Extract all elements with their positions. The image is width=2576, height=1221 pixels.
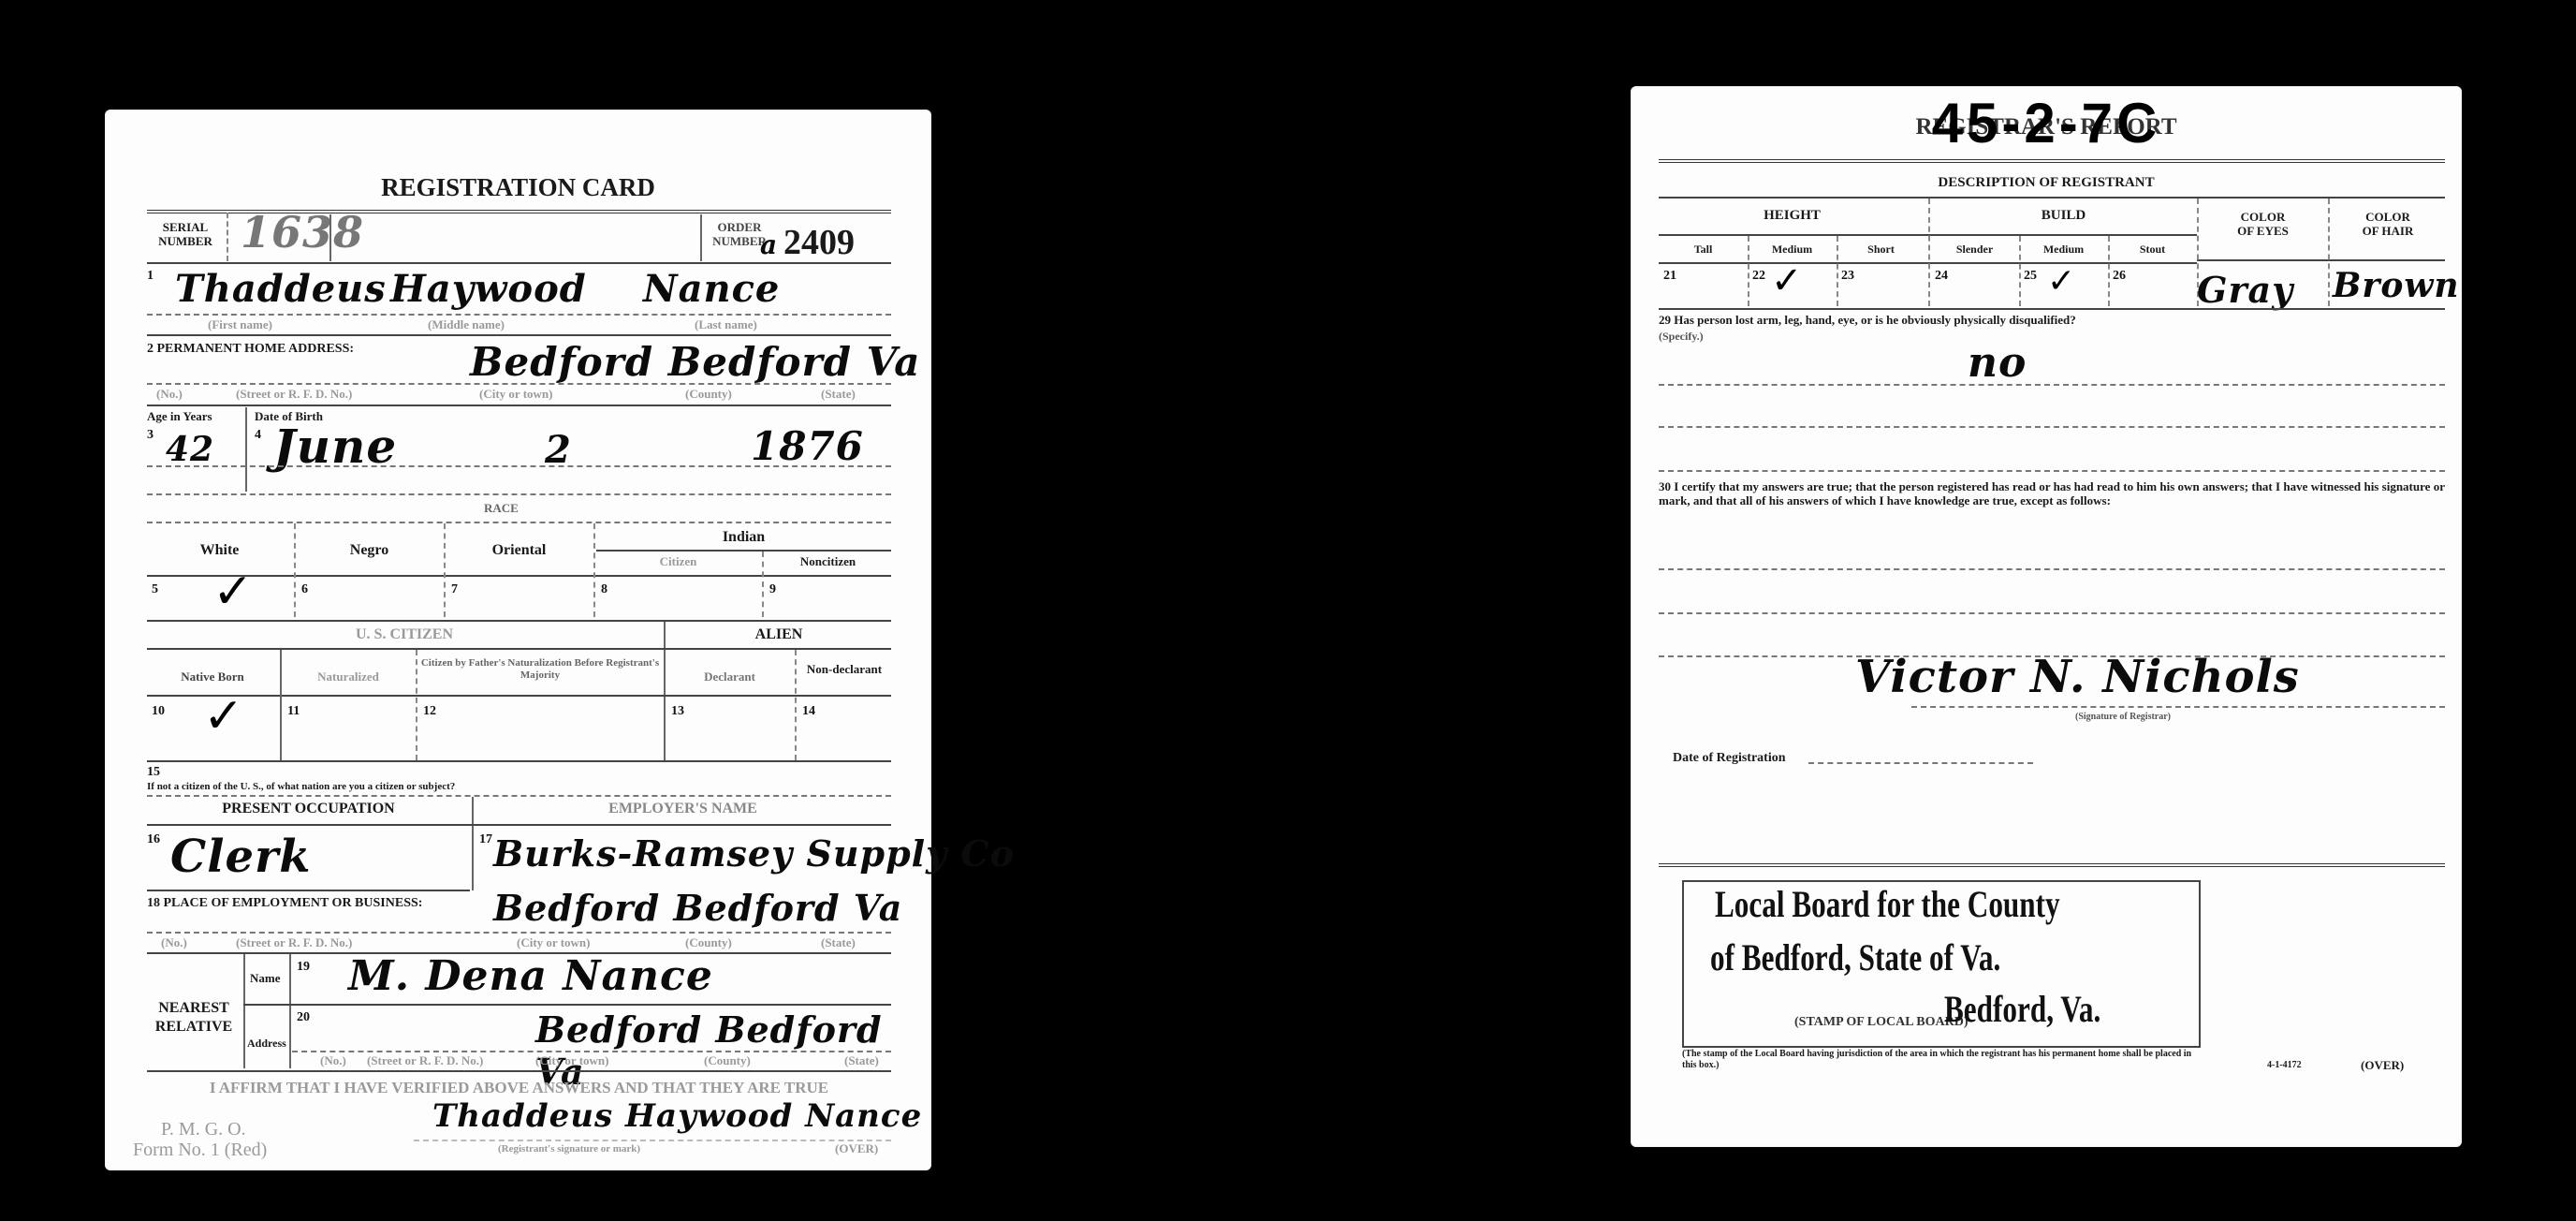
build-slender-number: 24 [1935,269,1948,284]
order-prefix: a [760,229,778,260]
registrar-signature: Victor N. Nichols [1855,651,2300,703]
stamp-number: 45-2-7C [1631,91,2462,155]
q29-label: 29 Has person lost arm, leg, hand, eye, … [1659,313,2445,328]
divider [292,1051,891,1052]
divider [472,797,474,890]
q29-specify-label: (Specify.) [1659,330,1704,344]
employment-label-state: (State) [821,935,856,950]
divider [2197,259,2445,261]
divider [147,760,891,762]
employment-label-street: (Street or R. F. D. No.) [236,935,352,950]
divider [1659,159,2445,163]
relative-address-label: Address [247,1037,286,1051]
occupation-value: Clerk [170,831,312,883]
home-address-label: 2 PERMANENT HOME ADDRESS: [147,342,354,357]
divider [280,650,282,760]
card-title: REGISTRATION CARD [105,173,931,202]
declarant-label: Declarant [666,669,793,684]
last-name-label: (Last name) [695,317,757,332]
registrant-signature: Thaddeus Haywood Nance [432,1097,922,1135]
height-medium-checkmark: ✓ [1771,259,1803,302]
front-over-label: (OVER) [835,1141,878,1156]
citizen-by-father-label: Citizen by Father's Naturalization Befor… [418,657,662,682]
place-of-employment-label: 18 PLACE OF EMPLOYMENT OR BUSINESS: [147,896,422,911]
build-medium-checkmark: ✓ [2047,262,2075,301]
divider [2108,236,2110,306]
registration-card-front: REGISTRATION CARD SERIAL NUMBER 1638 ORD… [105,110,931,1170]
dob-year-value: 1876 [751,423,864,469]
employer-value: Burks-Ramsey Supply Co [493,832,1015,875]
nearest-relative-line2: RELATIVE [147,1018,241,1037]
divider [444,523,446,617]
divider [1928,199,1930,306]
address-label-no: (No.) [156,387,183,402]
height-short-label: Short [1837,243,1925,257]
native-born-label: Native Born [147,669,278,684]
height-short-number: 23 [1841,269,1854,284]
local-board-stamp-line3: Bedford, Va. [1944,987,2100,1031]
first-name-value: Thaddeus [175,267,387,311]
employer-heading: EMPLOYER'S NAME [475,801,891,817]
registrar-signature-label: (Signature of Registrar) [2075,712,2171,722]
serial-label-line2: NUMBER [147,234,224,248]
relative-address-number: 20 [297,1010,310,1025]
form-number: Form No. 1 (Red) [133,1140,267,1161]
divider [700,214,702,261]
divider [147,465,891,467]
native-born-number: 10 [152,704,165,719]
divider [147,620,891,622]
declarant-number: 13 [671,704,684,719]
last-name-value: Nance [643,267,780,311]
eyes-heading-line1: COLOR [2200,210,2326,224]
divider [147,932,891,934]
serial-number-value: 1638 [241,207,364,257]
relative-name-value: M. Dena Nance [348,952,713,1000]
divider [147,695,891,697]
order-number-value: 2409 [783,222,855,263]
employment-label-county: (County) [685,935,732,950]
date-of-registration-label: Date of Registration [1673,751,1786,766]
divider [147,648,891,650]
divider [147,1070,891,1072]
description-heading: DESCRIPTION OF REGISTRANT [1631,175,2462,191]
hair-heading: COLOR OF HAIR [2331,210,2445,238]
address-label-city: (City or town) [479,387,552,402]
q15-label: If not a citizen of the U. S., of what n… [147,781,455,792]
height-medium-number: 22 [1752,269,1765,284]
divider [1659,426,2445,428]
divider [147,824,891,826]
relative-name-label: Name [250,971,281,986]
place-of-employment-value: Bedford Bedford Va [493,887,902,929]
divider [147,493,891,495]
divider [1837,236,1838,306]
address-label-county: (County) [685,387,732,402]
occupation-heading: PRESENT OCCUPATION [147,801,470,817]
relative-label-city: (City or town) [535,1053,608,1068]
citizen-by-father-number: 12 [423,704,436,719]
home-address-value: Bedford Bedford Va [470,339,921,385]
age-value: 42 [166,430,214,469]
non-declarant-label: Non-declarant [798,662,891,676]
divider [1659,863,2445,867]
naturalized-label: Naturalized [283,669,414,684]
divider [1659,197,2445,199]
height-heading: HEIGHT [1659,208,1925,224]
build-stout-number: 26 [2113,269,2126,284]
q3-number: 3 [147,428,154,443]
divider [289,954,291,1068]
naturalized-number: 11 [287,704,300,719]
divider [147,522,891,523]
race-indian-label: Indian [596,529,891,546]
q15-number: 15 [147,765,160,780]
build-heading: BUILD [1930,208,2197,224]
hair-heading-line1: COLOR [2331,210,2445,224]
address-label-street: (Street or R. F. D. No.) [236,387,352,402]
registrant-signature-label: (Registrant's signature or mark) [498,1143,640,1155]
race-heading: RACE [484,501,519,516]
middle-name-value: Haywood [390,267,587,311]
serial-label: SERIAL NUMBER [147,220,224,248]
divider [147,890,470,891]
build-stout-label: Stout [2108,243,2197,257]
divider [593,523,595,617]
q30-certification-text: 30 I certify that my answers are true; t… [1659,479,2445,508]
stamp-footnote: (The stamp of the Local Board having jur… [1682,1049,2206,1071]
divider [762,552,764,617]
nearest-relative-line1: NEAREST [147,999,241,1018]
race-white-checkmark: ✓ [212,564,254,620]
divider [1748,236,1749,306]
non-declarant-number: 14 [802,704,815,719]
race-negro-number: 6 [301,582,308,597]
divider [1659,612,2445,614]
race-white-label: White [147,542,292,559]
divider [1659,568,2445,570]
address-label-state: (State) [821,387,856,402]
divider [147,262,891,264]
employment-label-city: (City or town) [517,935,590,950]
height-tall-label: Tall [1659,243,1748,257]
us-citizen-heading: U. S. CITIZEN [147,626,662,643]
eyes-heading-line2: OF EYES [2200,224,2326,238]
form-pmgo: P. M. G. O. [161,1119,246,1140]
nearest-relative-heading: NEAREST RELATIVE [147,999,241,1037]
local-board-stamp-caption: (STAMP OF LOCAL BOARD) [1794,1015,1969,1030]
divider [795,650,797,760]
divider [414,1140,891,1141]
height-medium-label: Medium [1748,243,1837,257]
relative-label-street: (Street or R. F. D. No.) [367,1053,483,1068]
divider [596,550,891,552]
divider [147,795,891,797]
occupation-number: 16 [147,832,160,847]
divider [2328,199,2330,306]
registrars-report-back: REGISTRAR'S REPORT 45-2-7C DESCRIPTION O… [1631,86,2462,1147]
eyes-heading: COLOR OF EYES [2200,210,2326,238]
q1-number: 1 [147,269,154,284]
divider [1659,470,2445,472]
race-white-number: 5 [152,582,158,597]
local-board-stamp-line1: Local Board for the County [1715,882,2060,926]
race-oriental-label: Oriental [446,542,592,559]
relative-label-state: (State) [844,1053,879,1068]
divider [147,334,891,336]
affirmation-text: I AFFIRM THAT I HAVE VERIFIED ABOVE ANSW… [147,1079,891,1097]
race-indian-noncitizen-label: Noncitizen [765,554,891,569]
hair-heading-line2: OF HAIR [2331,224,2445,238]
serial-label-line1: SERIAL [147,220,224,234]
build-slender-label: Slender [1930,243,2019,257]
first-name-label: (First name) [208,317,272,332]
eye-color-value: Gray [2197,269,2293,311]
relative-label-no: (No.) [320,1053,346,1068]
hair-color-value: Brown [2333,266,2460,305]
q29-value: no [1968,339,2027,387]
divider [245,407,247,492]
relative-name-number: 19 [297,960,310,975]
divider [2019,236,2021,306]
q4-number: 4 [255,428,261,443]
divider [329,214,331,261]
divider [147,575,891,577]
build-medium-number: 25 [2024,269,2037,284]
alien-heading: ALIEN [666,626,891,643]
divider [664,622,666,762]
divider [147,405,891,406]
local-board-stamp-line2: of Bedford, State of Va. [1710,935,2000,979]
race-indian-citizen-label: Citizen [596,554,760,569]
divider [147,383,891,385]
divider [243,954,245,1068]
race-indian-noncitizen-number: 9 [769,582,776,597]
age-label: Age in Years [147,409,212,424]
divider [1911,706,2445,708]
build-medium-label: Medium [2019,243,2108,257]
middle-name-label: (Middle name) [428,317,505,332]
native-born-checkmark: ✓ [203,688,244,744]
divider [147,314,891,316]
divider [1659,308,2445,310]
height-tall-number: 21 [1663,269,1676,284]
race-oriental-number: 7 [451,582,458,597]
relative-label-county: (County) [704,1053,751,1068]
race-indian-citizen-number: 8 [601,582,607,597]
divider [294,523,296,617]
employment-label-no: (No.) [161,935,187,950]
form-code: 4-1-4172 [2267,1060,2302,1070]
divider [416,650,417,760]
back-over-label: (OVER) [2361,1058,2404,1073]
date-of-registration-field [1808,762,2033,764]
race-negro-label: Negro [297,542,442,559]
divider [227,213,228,261]
divider [1659,384,2445,386]
divider [243,1004,891,1006]
employer-number: 17 [479,832,492,847]
